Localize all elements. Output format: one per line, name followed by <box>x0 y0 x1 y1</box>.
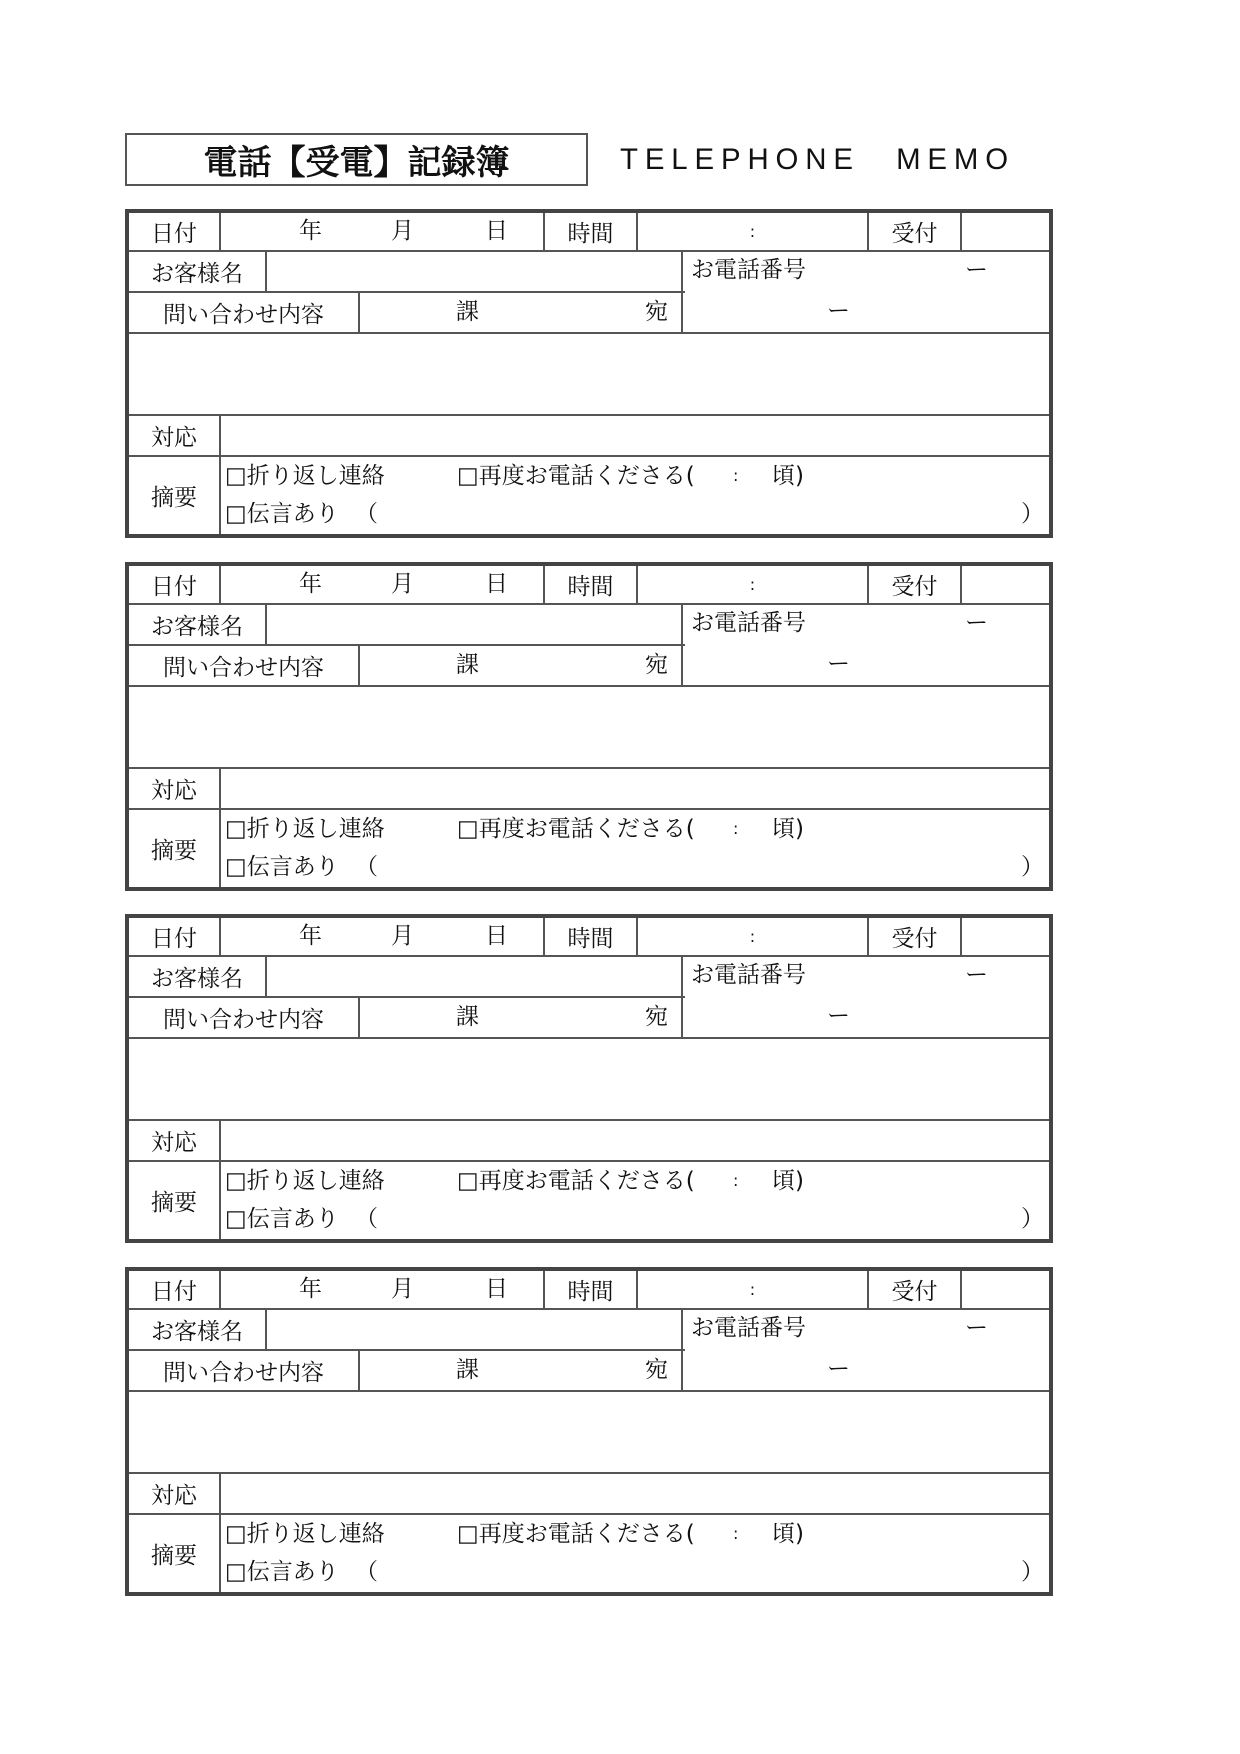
day-label: 日 <box>485 217 508 245</box>
phone-dash-icon: ー <box>965 1314 988 1342</box>
date-field[interactable]: 年 月 日 <box>221 918 543 955</box>
time-field[interactable]: : <box>638 566 867 603</box>
month-label: 月 <box>391 922 414 950</box>
call-again-checkbox[interactable]: □再度お電話くださる( <box>457 462 695 490</box>
customer-name-label: お客様名 <box>129 957 265 996</box>
summary-label: 摘要 <box>129 810 219 887</box>
addressee-label: 宛 <box>645 298 668 326</box>
time-field[interactable]: : <box>638 918 867 955</box>
date-field[interactable]: 年 月 日 <box>221 566 543 603</box>
addressee-field[interactable]: 課 宛 <box>360 1351 681 1390</box>
summary-label: 摘要 <box>129 457 219 534</box>
date-label: 日付 <box>129 1271 219 1308</box>
addressee-label: 宛 <box>645 651 668 679</box>
day-label: 日 <box>485 922 508 950</box>
date-label: 日付 <box>129 566 219 603</box>
phone-dash-icon: ー <box>827 297 850 325</box>
year-label: 年 <box>299 1275 322 1303</box>
day-label: 日 <box>485 1275 508 1303</box>
response-label: 対応 <box>129 769 219 808</box>
customer-name-field[interactable] <box>267 605 681 644</box>
addressee-label: 宛 <box>645 1003 668 1031</box>
phone-dash-icon: ー <box>827 1355 850 1383</box>
call-again-suffix: 頃) <box>772 462 804 490</box>
response-field[interactable] <box>221 769 1049 808</box>
inquiry-label: 問い合わせ内容 <box>129 998 358 1037</box>
time-field[interactable]: : <box>638 1271 867 1308</box>
received-by-label: 受付 <box>869 213 960 250</box>
call-again-time-separator: : <box>733 1520 738 1548</box>
response-field[interactable] <box>221 416 1049 455</box>
call-again-time-separator: : <box>733 462 738 490</box>
inquiry-content-field[interactable] <box>129 334 1049 414</box>
date-label: 日付 <box>129 918 219 955</box>
customer-name-field[interactable] <box>267 957 681 996</box>
month-label: 月 <box>391 217 414 245</box>
call-again-checkbox[interactable]: □再度お電話くださる( <box>457 815 695 843</box>
section-label: 課 <box>456 651 479 679</box>
section-label: 課 <box>456 298 479 326</box>
phone-dash-icon: ー <box>965 256 988 284</box>
response-label: 対応 <box>129 1121 219 1160</box>
message-checkbox[interactable]: □伝言あり <box>225 1558 339 1586</box>
callback-checkbox[interactable]: □折り返し連絡 <box>225 1167 385 1195</box>
phone-number-field[interactable]: お電話番号 ー ー <box>683 1310 1049 1390</box>
message-checkbox[interactable]: □伝言あり <box>225 500 339 528</box>
message-field[interactable] <box>343 853 903 881</box>
day-label: 日 <box>485 570 508 598</box>
call-again-checkbox[interactable]: □再度お電話くださる( <box>457 1167 695 1195</box>
message-checkbox[interactable]: □伝言あり <box>225 853 339 881</box>
phone-number-field[interactable]: お電話番号 ー ー <box>683 252 1049 332</box>
inquiry-label: 問い合わせ内容 <box>129 646 358 685</box>
customer-name-label: お客様名 <box>129 1310 265 1349</box>
date-field[interactable]: 年 月 日 <box>221 1271 543 1308</box>
message-field[interactable] <box>343 1558 903 1586</box>
message-close-paren: ） <box>1021 853 1044 881</box>
phone-number-label: お電話番号 <box>691 961 806 989</box>
telephone-memo-block-2: 日付 年 月 日 時間 : 受付 お客様名 お電話番号 ー ー 問い合わせ内容 … <box>125 562 1053 891</box>
message-field[interactable] <box>343 1205 903 1233</box>
time-separator: : <box>750 222 755 241</box>
phone-dash-icon: ー <box>827 1002 850 1030</box>
callback-checkbox[interactable]: □折り返し連絡 <box>225 462 385 490</box>
response-label: 対応 <box>129 416 219 455</box>
response-field[interactable] <box>221 1474 1049 1513</box>
section-label: 課 <box>456 1003 479 1031</box>
time-separator: : <box>750 927 755 946</box>
inquiry-label: 問い合わせ内容 <box>129 293 358 332</box>
addressee-field[interactable]: 課 宛 <box>360 646 681 685</box>
call-again-time-separator: : <box>733 1167 738 1195</box>
phone-number-label: お電話番号 <box>691 1314 806 1342</box>
callback-checkbox[interactable]: □折り返し連絡 <box>225 1520 385 1548</box>
customer-name-field[interactable] <box>267 1310 681 1349</box>
phone-dash-icon: ー <box>965 961 988 989</box>
phone-number-label: お電話番号 <box>691 609 806 637</box>
received-by-field[interactable] <box>962 918 1049 955</box>
time-separator: : <box>750 1280 755 1299</box>
year-label: 年 <box>299 570 322 598</box>
response-label: 対応 <box>129 1474 219 1513</box>
time-label: 時間 <box>545 1271 636 1308</box>
customer-name-field[interactable] <box>267 252 681 291</box>
page-subtitle: TELEPHONE MEMO <box>620 140 1015 180</box>
received-by-label: 受付 <box>869 918 960 955</box>
received-by-label: 受付 <box>869 1271 960 1308</box>
time-label: 時間 <box>545 918 636 955</box>
received-by-field[interactable] <box>962 566 1049 603</box>
phone-number-field[interactable]: お電話番号 ー ー <box>683 605 1049 685</box>
time-field[interactable]: : <box>638 213 867 250</box>
addressee-label: 宛 <box>645 1356 668 1384</box>
call-again-suffix: 頃) <box>772 1520 804 1548</box>
customer-name-label: お客様名 <box>129 605 265 644</box>
message-field[interactable] <box>343 500 903 528</box>
inquiry-content-field[interactable] <box>129 1039 1049 1119</box>
date-field[interactable]: 年 月 日 <box>221 213 543 250</box>
time-label: 時間 <box>545 566 636 603</box>
addressee-field[interactable]: 課 宛 <box>360 998 681 1037</box>
telephone-memo-block-4: 日付 年 月 日 時間 : 受付 お客様名 お電話番号 ー ー 問い合わせ内容 … <box>125 1267 1053 1596</box>
summary-options: □折り返し連絡 □再度お電話くださる( : 頃) □伝言あり （ ） <box>221 810 1049 887</box>
summary-options: □折り返し連絡 □再度お電話くださる( : 頃) □伝言あり （ ） <box>221 457 1049 534</box>
summary-label: 摘要 <box>129 1162 219 1239</box>
telephone-memo-block-1: 日付 年 月 日 時間 : 受付 お客様名 お電話番号 ー ー 問い合わせ内容 … <box>125 209 1053 538</box>
inquiry-label: 問い合わせ内容 <box>129 1351 358 1390</box>
telephone-memo-block-3: 日付 年 月 日 時間 : 受付 お客様名 お電話番号 ー ー 問い合わせ内容 … <box>125 914 1053 1243</box>
summary-label: 摘要 <box>129 1515 219 1592</box>
message-close-paren: ） <box>1021 1205 1044 1233</box>
phone-dash-icon: ー <box>827 650 850 678</box>
message-close-paren: ） <box>1021 1558 1044 1586</box>
call-again-suffix: 頃) <box>772 815 804 843</box>
section-label: 課 <box>456 1356 479 1384</box>
month-label: 月 <box>391 570 414 598</box>
phone-number-label: お電話番号 <box>691 256 806 284</box>
time-separator: : <box>750 575 755 594</box>
summary-options: □折り返し連絡 □再度お電話くださる( : 頃) □伝言あり （ ） <box>221 1515 1049 1592</box>
call-again-checkbox[interactable]: □再度お電話くださる( <box>457 1520 695 1548</box>
month-label: 月 <box>391 1275 414 1303</box>
message-checkbox[interactable]: □伝言あり <box>225 1205 339 1233</box>
date-label: 日付 <box>129 213 219 250</box>
year-label: 年 <box>299 217 322 245</box>
call-again-time-separator: : <box>733 815 738 843</box>
customer-name-label: お客様名 <box>129 252 265 291</box>
year-label: 年 <box>299 922 322 950</box>
call-again-suffix: 頃) <box>772 1167 804 1195</box>
addressee-field[interactable]: 課 宛 <box>360 293 681 332</box>
summary-options: □折り返し連絡 □再度お電話くださる( : 頃) □伝言あり （ ） <box>221 1162 1049 1239</box>
page-title: 電話【受電】記録簿 <box>125 133 588 186</box>
time-label: 時間 <box>545 213 636 250</box>
response-field[interactable] <box>221 1121 1049 1160</box>
received-by-field[interactable] <box>962 213 1049 250</box>
phone-number-field[interactable]: お電話番号 ー ー <box>683 957 1049 1037</box>
received-by-field[interactable] <box>962 1271 1049 1308</box>
callback-checkbox[interactable]: □折り返し連絡 <box>225 815 385 843</box>
inquiry-content-field[interactable] <box>129 1392 1049 1472</box>
message-close-paren: ） <box>1021 500 1044 528</box>
phone-dash-icon: ー <box>965 609 988 637</box>
inquiry-content-field[interactable] <box>129 687 1049 767</box>
received-by-label: 受付 <box>869 566 960 603</box>
